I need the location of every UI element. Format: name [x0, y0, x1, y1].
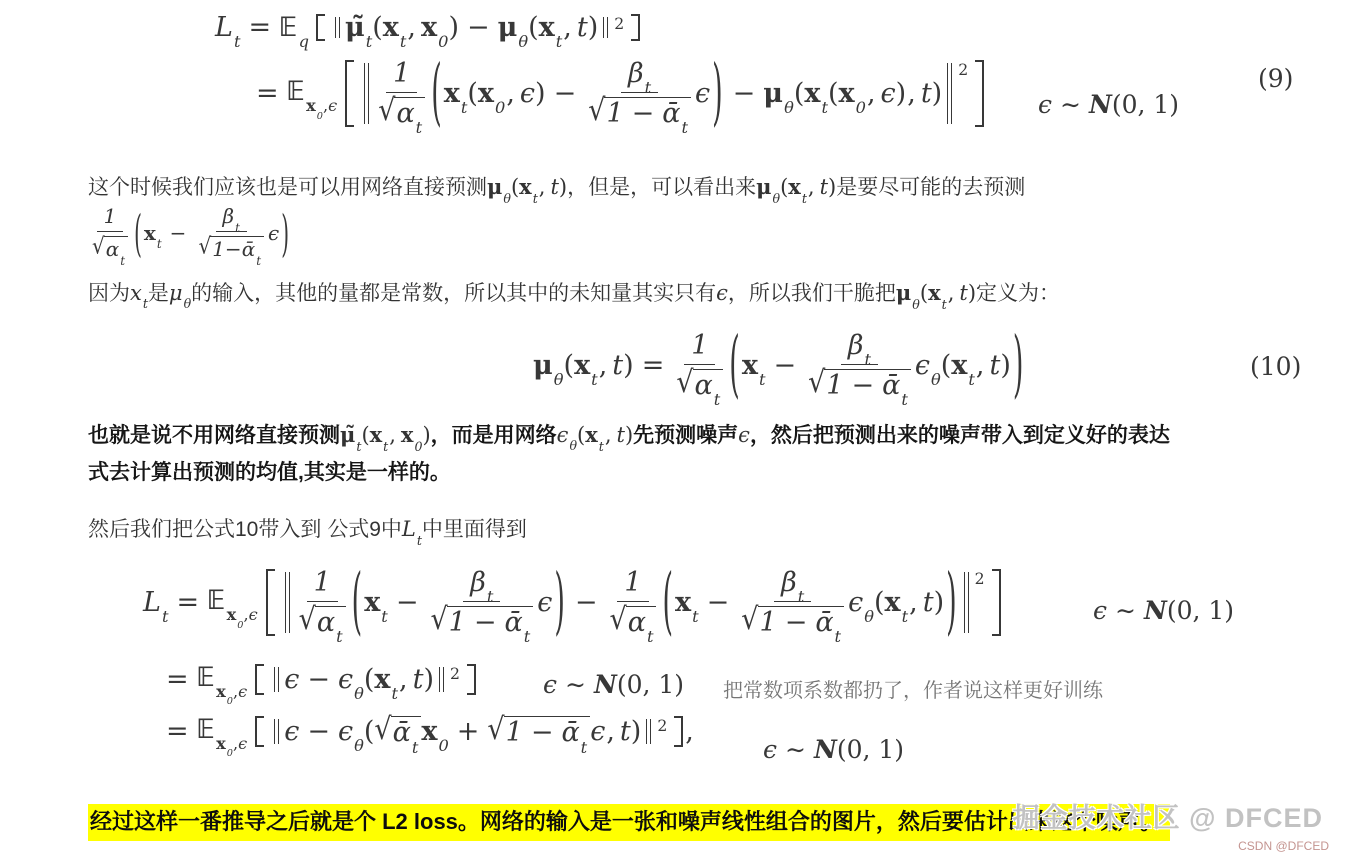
msub-token: xt	[519, 176, 538, 198]
mb-token: =	[166, 718, 189, 745]
mb-token: −	[632, 100, 655, 127]
bv-token: x	[216, 734, 226, 753]
mi-token: t	[990, 352, 1001, 379]
mden-token: √αt	[92, 232, 128, 259]
mi-token: L	[402, 517, 416, 541]
mo-token: )	[423, 666, 434, 693]
cal-token: N	[814, 737, 837, 762]
mb-token: −	[170, 223, 187, 243]
msub-token: ϵθ	[338, 666, 364, 693]
mi-token: t	[620, 718, 631, 745]
msqb-token: αt	[315, 606, 346, 636]
bv-token: μ	[896, 280, 911, 305]
msqb-token: ᾱt	[391, 716, 422, 746]
mo-token: (0, 1)	[1167, 598, 1234, 623]
mi-token: ϵ	[763, 737, 777, 762]
juejin-watermark: 掘金技术社区 @ DFCED	[1013, 796, 1323, 835]
mo-token: )	[588, 14, 599, 41]
mo-token: (	[828, 80, 839, 107]
mi-token: t	[821, 98, 828, 117]
mnorm-token	[646, 719, 651, 744]
mi-token: t	[802, 191, 807, 206]
mi-token: t	[942, 297, 947, 312]
bv-token: x	[928, 280, 941, 305]
subscript-token: x0,ϵ	[227, 605, 258, 624]
mnum-token: βt	[463, 569, 500, 602]
msub-token: βt	[470, 569, 493, 596]
mnorm-token	[285, 572, 290, 633]
mc-token: ,	[808, 177, 815, 198]
mnum-token: 1	[97, 206, 124, 232]
mi-token: θ	[354, 736, 364, 755]
cn-token: 因为	[88, 283, 130, 304]
mi-token: α	[628, 607, 646, 638]
mi-token: t	[157, 237, 162, 251]
subscript-token: 0	[317, 111, 323, 122]
mb-token: ∼	[1115, 598, 1136, 623]
tr2-token: 2	[614, 16, 624, 32]
msub-token: x0	[401, 424, 423, 446]
mi-token: 1	[606, 100, 623, 127]
mbrackl-token	[316, 14, 325, 41]
msub-token: βt	[781, 569, 804, 596]
loss-line-2-noise-condition: ϵ∼N(0, 1)	[543, 672, 684, 697]
loss-line-1-noise-condition: ϵ∼N(0, 1)	[1093, 598, 1234, 623]
bv-token: x	[478, 78, 494, 109]
msub-token: x0	[839, 80, 866, 107]
msub-token: ϵθ	[338, 718, 364, 745]
mnorm-token	[947, 63, 952, 124]
bv-token: μ̃	[340, 422, 355, 447]
mdelim-token: )	[946, 566, 957, 639]
mi-token: 1	[624, 569, 641, 596]
msqrt-token: √αt	[676, 369, 723, 399]
subscript-token: 0	[856, 98, 866, 117]
msub-token: xt	[144, 223, 162, 243]
mi-token: t	[865, 350, 872, 369]
mnum-token: 1	[617, 569, 648, 602]
bv-token: μ	[533, 350, 553, 381]
msqrt-token: √1−ᾱt	[741, 606, 844, 636]
mi-token: t	[714, 390, 721, 409]
mi-token: ᾱ	[393, 717, 411, 748]
mb-token: −	[474, 609, 497, 636]
loss-equation-line-1: Lt=𝔼x0,ϵ1√αt(xt−βt√1−ᾱtϵ)−1√αt(xt−βt√1−ᾱ…	[143, 569, 1003, 636]
mi-token: θ	[184, 296, 192, 311]
msub-token: ϵθ	[848, 589, 874, 616]
highlighted-conclusion: 经过这样一番推导之后就是个 L2 loss。网络的输入是一张和噪声线性组合的图片…	[88, 804, 1170, 841]
mo-token: )	[625, 425, 633, 446]
cnb-token: ，然后把预测出来的噪声带入到定义好的表达	[750, 425, 1170, 446]
bv-token: x	[370, 422, 383, 447]
subscript-token: t	[356, 439, 361, 454]
mi-token: t	[581, 738, 588, 757]
msub-token: xt	[585, 424, 604, 446]
msqb-token: 1−ᾱt	[447, 606, 534, 636]
mc-token: ,	[599, 352, 608, 379]
cnb-token: 式去计算出预测的均值,其实是一样的。	[88, 462, 451, 483]
subscript-token: θ	[784, 98, 794, 117]
mi-token: t	[533, 191, 538, 206]
subscript-token: t	[821, 98, 828, 117]
mc-token: ,	[506, 80, 515, 107]
mrad-token: √	[676, 367, 693, 401]
loss-equation-line-2: =𝔼x0,ϵϵ−ϵθ(xt,t)2	[158, 664, 478, 695]
mc-token: ,	[867, 80, 876, 107]
mrad-token: √	[487, 715, 504, 749]
mfrac-token: 1√αt	[92, 206, 128, 259]
mi-token: t	[901, 390, 908, 409]
mi-token: L	[215, 12, 233, 43]
tr2-token: 2	[450, 666, 460, 682]
mi-token: t	[617, 425, 625, 446]
bb-token: 𝔼	[197, 714, 216, 745]
mc-token: ,	[948, 283, 955, 304]
msub-token: μθ	[896, 282, 920, 304]
msub-token: xt	[951, 352, 975, 379]
csdn-watermark: CSDN @DFCED	[1238, 839, 1329, 853]
subscript-token: 0	[495, 98, 505, 117]
cal-token: N	[1144, 598, 1167, 623]
msub-token: x0	[421, 718, 448, 745]
mo-token: (	[361, 425, 369, 446]
mnorm-token	[964, 572, 969, 633]
mnorm-token	[364, 63, 369, 124]
subscript-token: t	[383, 439, 388, 454]
subscript-token: θ	[554, 370, 564, 389]
mi-token: t	[645, 78, 652, 97]
mi-token: ϵ	[238, 682, 247, 701]
msub-token: 𝔼x0,ϵ	[197, 664, 248, 695]
mrad-token: √	[808, 367, 825, 401]
mc-token: ,	[976, 352, 985, 379]
mi-token: t	[392, 684, 399, 703]
subscript-token: t	[234, 32, 241, 51]
mi-token: t	[162, 607, 169, 626]
msub-token: ᾱt	[561, 719, 587, 746]
mb-token: ∼	[1060, 92, 1081, 117]
bv-token: x	[421, 12, 437, 43]
subscript-token: 0	[237, 620, 243, 631]
msub-token: Lt	[143, 589, 168, 616]
tr2-token: 2	[958, 62, 968, 78]
msub-token: 𝔼q	[279, 14, 309, 41]
msub-token: xt	[374, 666, 398, 693]
subscript-token: t	[835, 627, 842, 646]
msqrt-token: √αt	[92, 236, 128, 259]
mi-token: β	[848, 330, 864, 361]
mi-token: t	[923, 589, 934, 616]
msqrt-token: √1−ᾱt	[808, 369, 911, 399]
mi-token: t	[234, 32, 241, 51]
subscript-token: x0,ϵ	[306, 96, 337, 115]
mi-token: q	[299, 32, 309, 51]
mi-token: ϵ	[590, 718, 605, 745]
mi-token: ᾱ	[662, 98, 680, 129]
cn-token: 的输入，其他的量都是常数，所以其中的未知量其实只有	[191, 283, 716, 304]
mden-token: √αt	[676, 365, 723, 399]
subscript-token: t	[581, 738, 588, 757]
msub-token: xt	[804, 80, 828, 107]
mrad-token: √	[378, 95, 395, 129]
mrad-token: √	[374, 715, 391, 749]
bv-token: x	[421, 716, 437, 747]
equation-9-line-1: Lt=𝔼qμ̃t(xt,x0)−μθ(xt,t)2	[215, 14, 642, 41]
mo-token: (	[372, 14, 383, 41]
msub-token: αt	[106, 239, 125, 259]
mi-token: ϵ	[848, 587, 863, 618]
bv-token: x	[444, 78, 460, 109]
mrad-token: √	[92, 235, 105, 261]
msub-token: xt	[130, 283, 148, 304]
mi-token: 1	[104, 206, 117, 226]
mnorm-token	[274, 719, 279, 744]
mi-token: t	[798, 587, 805, 606]
mi-token: t	[383, 439, 388, 454]
mden-token: √αt	[299, 602, 346, 636]
mi-token: θ	[864, 607, 874, 626]
bv-token: x	[839, 78, 855, 109]
mnorm-token	[603, 17, 608, 38]
mnorm-token	[439, 667, 444, 692]
subscript-token: t	[556, 32, 563, 51]
mi-token: 1	[760, 609, 777, 636]
mo-token: )	[631, 718, 642, 745]
bv-token: x	[364, 587, 380, 618]
mfrac-token: βt√1−ᾱt	[808, 332, 911, 399]
mi-token: 0	[227, 696, 233, 707]
msub-token: xt	[444, 80, 468, 107]
msub-token: αt	[317, 609, 343, 636]
msub-token: x0	[421, 14, 448, 41]
mden-token: √1−ᾱt	[588, 93, 691, 127]
mfrac-token: 1√αt	[378, 60, 425, 127]
mden-token: √αt	[610, 602, 657, 636]
mo-token: −	[225, 239, 242, 259]
loss-line-3-noise-condition: ϵ∼N(0, 1)	[763, 737, 904, 762]
mbrackl-token	[255, 716, 264, 747]
mb-token: −	[707, 589, 730, 616]
subscript-token: t	[381, 607, 388, 626]
mi-token: θ	[518, 32, 528, 51]
subscript-token: 0	[438, 736, 448, 755]
mi-token: x	[130, 281, 142, 305]
msub-token: xt	[742, 352, 766, 379]
subscript-token: 0	[227, 748, 233, 759]
cn-token: 是	[148, 283, 169, 304]
mi-token: t	[487, 587, 494, 606]
mbrackr-token	[975, 60, 984, 127]
mrad-token: √	[430, 604, 447, 638]
mi-token: t	[959, 283, 967, 304]
mi-token: t	[256, 254, 261, 268]
mi-token: 1	[393, 60, 410, 87]
subscript-token: t	[416, 118, 423, 137]
msub-token: 𝔼x0,ϵ	[197, 716, 248, 747]
cn-token: 中里面得到	[422, 519, 527, 540]
mi-token: 0	[237, 620, 243, 631]
mb-token: −	[467, 14, 490, 41]
cn-token: 是要尽可能的去预测	[836, 177, 1025, 198]
subscript-token: θ	[354, 684, 364, 703]
subscript-token: t	[162, 607, 169, 626]
msub-token: Lt	[215, 14, 240, 41]
mi-token: t	[235, 221, 240, 235]
tr2-token: 2	[657, 718, 667, 734]
mi-token: ϵ	[915, 350, 930, 381]
mi-token: t	[120, 254, 125, 268]
mnum-token: 1	[684, 332, 715, 365]
cn-token: ，但是，可以看出来	[567, 177, 756, 198]
mi-token: α	[317, 607, 335, 638]
mo-token: (	[874, 589, 885, 616]
bv-token: x	[539, 12, 555, 43]
mi-token: θ	[784, 98, 794, 117]
bb-token: 𝔼	[287, 76, 306, 107]
bv-token: x	[306, 96, 316, 115]
subscript-token: x0,ϵ	[216, 682, 247, 701]
mc-token: ,	[909, 589, 918, 616]
subscript-token: q	[299, 32, 309, 51]
msub-token: βt	[223, 206, 240, 226]
mi-token: 0	[856, 98, 866, 117]
msub-token: αt	[628, 609, 654, 636]
subscript-token: 0	[414, 439, 422, 454]
mo-token: (	[467, 80, 478, 107]
subscript-token: t	[461, 98, 468, 117]
mi-token: t	[336, 627, 343, 646]
subscript-token: t	[256, 254, 261, 268]
mo-token: (	[528, 14, 539, 41]
mi-token: α	[695, 370, 713, 401]
mo-token: )	[422, 425, 430, 446]
msub-token: ᾱt	[393, 719, 419, 746]
mo-token: (	[364, 718, 375, 745]
msub-token: βt	[628, 60, 651, 87]
msqb-token: αt	[394, 97, 425, 127]
mi-token: ϵ	[338, 664, 353, 695]
mo-token: )	[1000, 352, 1011, 379]
mi-token: ϵ	[268, 223, 279, 243]
bv-token: x	[383, 12, 399, 43]
bv-token: x	[144, 221, 156, 245]
subscript-token: t	[392, 684, 399, 703]
mo-token: )	[535, 80, 546, 107]
mi-token: 0	[414, 439, 422, 454]
msub-token: xt	[574, 352, 598, 379]
equation-9-noise-condition: ϵ∼N(0, 1)	[1038, 92, 1179, 117]
mi-token: 0	[495, 98, 505, 117]
paragraph-bold-line-1: 也就是说不用网络直接预测 μ̃t(xt,x0)，而是用网络ϵθ(xt,t)先预测…	[88, 424, 1170, 446]
msqrt-token: √αt	[610, 606, 657, 636]
mi-token: ᾱ	[882, 370, 900, 401]
subscript-token: θ	[518, 32, 528, 51]
subscript-token: t	[599, 439, 604, 454]
subscript-token: 0	[438, 32, 448, 51]
mb-token: −	[851, 372, 874, 399]
subscript-token: t	[968, 370, 975, 389]
mi-token: t	[759, 370, 766, 389]
mi-token: t	[400, 32, 407, 51]
mi-token: θ	[554, 370, 564, 389]
subscript-token: t	[647, 627, 654, 646]
mi-token: ϵ	[1038, 92, 1052, 117]
mden-token: √αt	[378, 93, 425, 127]
mb-token: −	[531, 719, 554, 746]
bv-token: x	[574, 350, 590, 381]
mdelim-token: )	[1013, 329, 1024, 402]
tr2-token: 2	[975, 571, 985, 587]
mi-token: ϵ	[738, 425, 750, 446]
bv-token: x	[804, 78, 820, 109]
mdelim-token: )	[554, 566, 565, 639]
mfrac-token: βt√1−ᾱt	[430, 569, 533, 636]
article-page: Lt=𝔼qμ̃t(xt,x0)−μθ(xt,t)2 =𝔼x0,ϵ1√αt(xt(…	[0, 0, 1345, 855]
cn-token: 定义为：	[976, 283, 1060, 304]
mo-token: )	[623, 352, 634, 379]
mi-token: ϵ	[557, 423, 569, 447]
msqb-token: 1−ᾱt	[758, 606, 845, 636]
mi-token: ϵ	[284, 718, 299, 745]
mo-token: (	[511, 177, 519, 198]
subscript-token: θ	[772, 191, 780, 206]
mi-token: t	[577, 14, 588, 41]
mnum-token: βt	[216, 206, 247, 232]
msqrt-token: √ᾱt	[374, 716, 421, 746]
msub-token: xt	[370, 424, 389, 446]
paragraph-predict-mu-formula: 1√αt(xt−βt√1−ᾱtϵ)	[88, 206, 291, 259]
mden-token: √1−ᾱt	[808, 365, 911, 399]
msub-token: μθ	[756, 176, 780, 198]
bv-token: x	[227, 605, 237, 624]
msub-token: μθ	[763, 80, 794, 107]
subscript-token: t	[591, 370, 598, 389]
mb-token: −	[785, 609, 808, 636]
cnb-token: 也就是说不用网络直接预测	[88, 425, 340, 446]
msqrt-token: √1−ᾱt	[487, 716, 590, 746]
mi-token: θ	[569, 438, 577, 453]
subscript-token: t	[417, 533, 422, 548]
mbrackl-token	[266, 569, 275, 636]
bv-token: μ	[498, 12, 518, 43]
mo-token: )	[828, 177, 836, 198]
mo-token: )	[934, 589, 945, 616]
paragraph-bold-line-2: 式去计算出预测的均值,其实是一样的。	[88, 462, 451, 483]
subscript-token: t	[714, 390, 721, 409]
mi-token: t	[835, 627, 842, 646]
mden-token: √1−ᾱt	[430, 602, 533, 636]
mi-token: β	[628, 58, 644, 89]
mnum-token: βt	[774, 569, 811, 602]
subscript-token: t	[759, 370, 766, 389]
bv-token: x	[585, 422, 598, 447]
paragraph-unknown-epsilon: 因为xt是μθ的输入，其他的量都是常数，所以其中的未知量其实只有ϵ，所以我们干脆…	[88, 282, 1060, 304]
mi-token: 1	[212, 239, 225, 259]
mbrackl-token	[345, 60, 354, 127]
mbrackr-token	[631, 14, 640, 41]
msub-token: xt	[539, 14, 563, 41]
mc-token: ,	[563, 14, 572, 41]
mi-token: t	[612, 352, 623, 379]
msqrt-token: √αt	[378, 97, 425, 127]
mi-token: α	[396, 98, 414, 129]
mb-token: =	[166, 666, 189, 693]
subscript-token: t	[412, 738, 419, 757]
msub-token: ᾱt	[882, 372, 908, 399]
mi-token: 1	[826, 372, 843, 399]
msqb-token: 1−ᾱt	[210, 236, 264, 259]
mfrac-token: 1√αt	[299, 569, 346, 636]
